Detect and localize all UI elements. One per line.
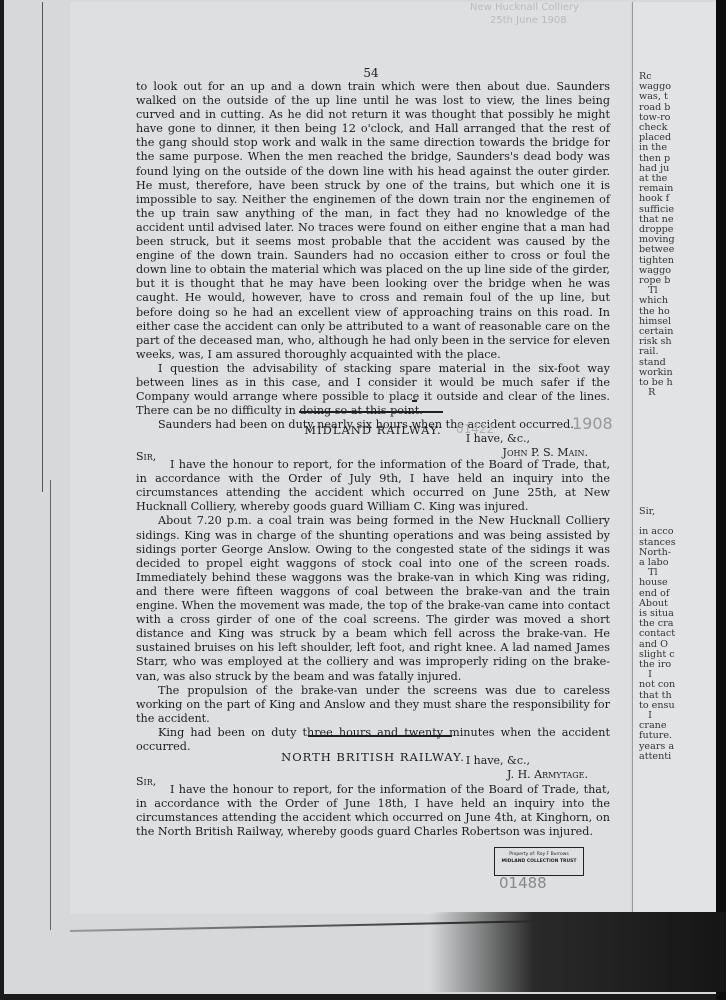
section-heading-north-british: NORTH BRITISH RAILWAY. xyxy=(136,750,610,764)
stamp-line-1: Property of: Roy F Burrows xyxy=(495,851,583,858)
collection-stamp: Property of: Roy F Burrows MIDLAND COLLE… xyxy=(494,847,584,876)
paragraph: I have the honour to report, for the inf… xyxy=(136,458,610,514)
facing-page-top-text: Rс waggo was, t road b tow-ro check plac… xyxy=(639,72,675,399)
paragraph: to look out for an up and a down train w… xyxy=(136,80,610,362)
page-edge-left xyxy=(42,2,57,492)
handwritten-number: 01488 xyxy=(499,874,547,892)
section2-body: Sir, I have the honour to report, for th… xyxy=(136,450,610,782)
stamp-line-2: MIDLAND COLLECTION TRUST xyxy=(495,858,583,865)
scan-border-right xyxy=(716,0,726,1000)
section-divider xyxy=(299,411,443,413)
handwritten-note-location: New Hucknall Colliery xyxy=(470,2,579,13)
section-divider xyxy=(308,735,452,737)
binding-shadow xyxy=(430,912,726,992)
handwritten-note-date: 25th June 1908 xyxy=(490,15,567,26)
section-heading-midland: MIDLAND RAILWAY. xyxy=(136,423,610,437)
paragraph: About 7.20 p.m. a coal train was being f… xyxy=(136,514,610,683)
paragraph: The propulsion of the brake-van under th… xyxy=(136,684,610,726)
facing-page: Rс waggo was, t road b tow-ro check plac… xyxy=(632,2,717,912)
facing-page-bottom-text: Sir, in acco stances North- a labo Tl ho… xyxy=(639,507,676,762)
annotation-code: 01422 xyxy=(456,422,494,436)
section3-body: Sir, I have the honour to report, for th… xyxy=(136,775,610,839)
ink-speck xyxy=(412,400,417,402)
page-number: 54 xyxy=(136,66,606,80)
annotation-year: 1908 xyxy=(572,414,613,433)
paragraph: I question the advisability of stacking … xyxy=(136,362,610,418)
paragraph: I have the honour to report, for the inf… xyxy=(136,783,610,839)
section1-continuation: to look out for an up and a down train w… xyxy=(136,80,610,460)
page-edge-left-lower xyxy=(50,480,53,930)
